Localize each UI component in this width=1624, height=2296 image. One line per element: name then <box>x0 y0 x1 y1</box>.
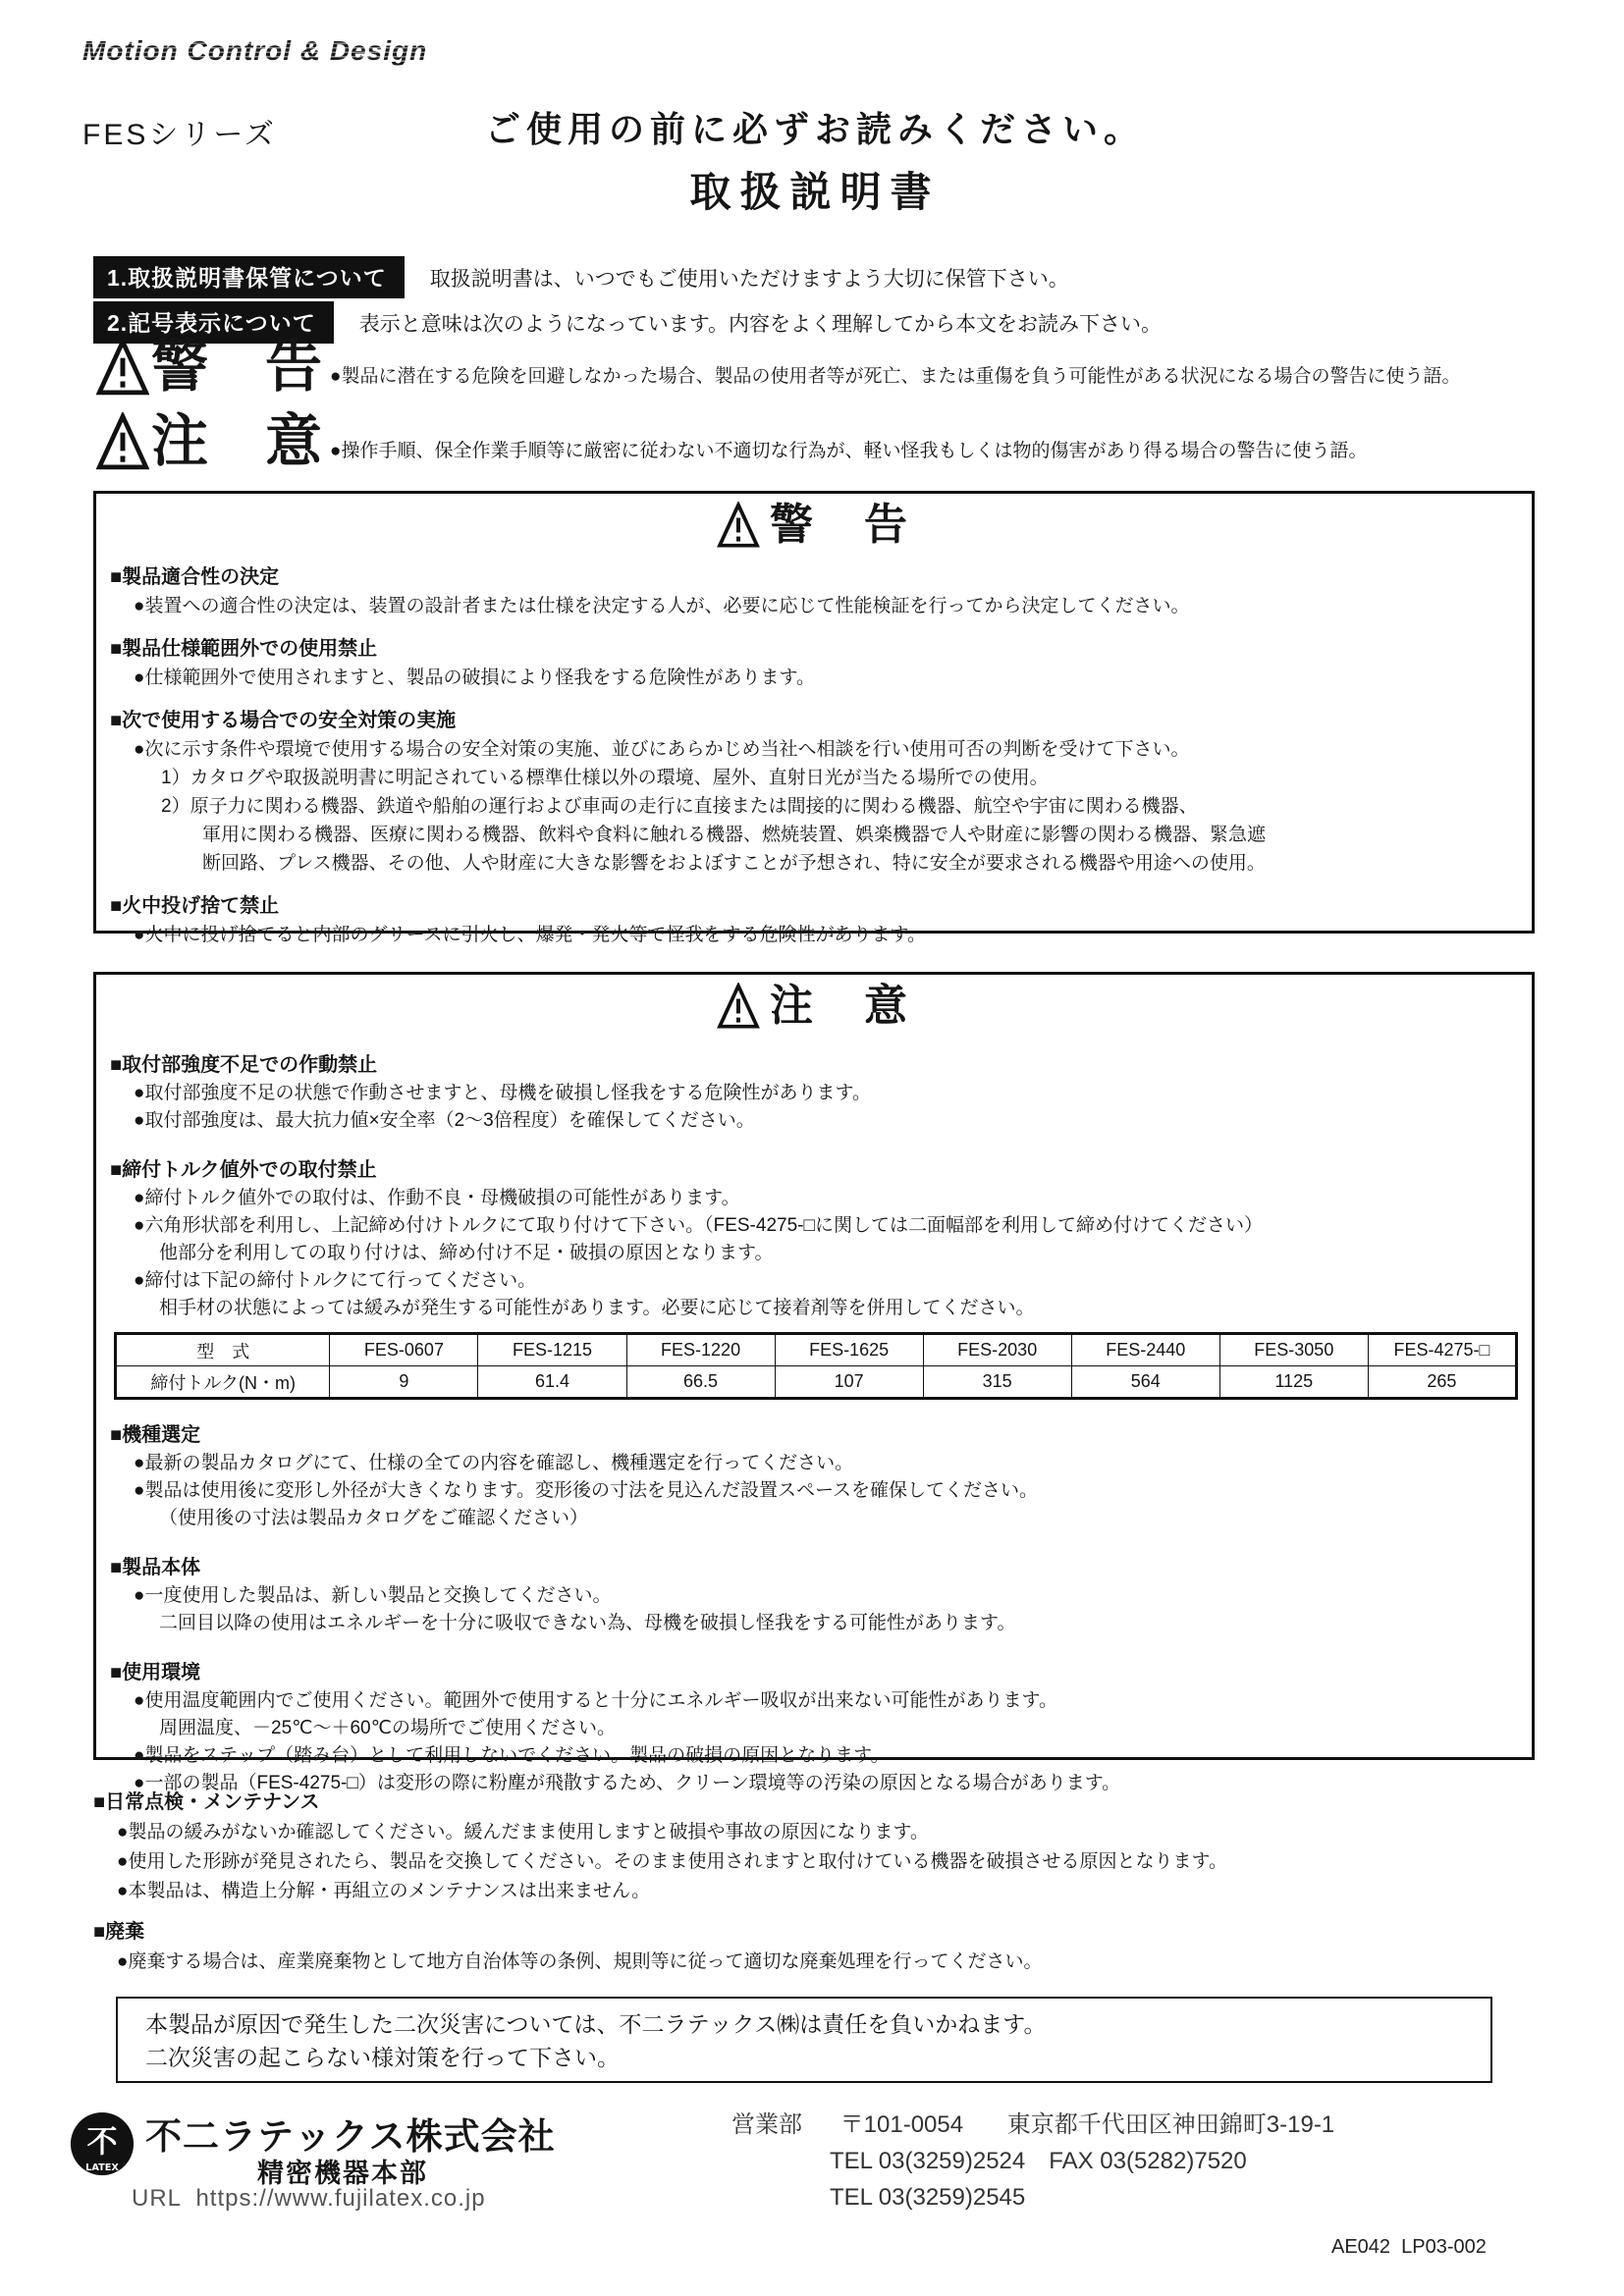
table-torque-cell: 107 <box>775 1366 923 1399</box>
section-line: ●締付は下記の締付トルクにて行ってください。 <box>110 1267 1518 1295</box>
warning-signal-word: 警 告 <box>151 339 322 396</box>
section-line: ●次に示す条件や環境で使用する場合の安全対策の実施、並びにあらかじめ当社へ相談を… <box>110 735 1518 764</box>
tel-line: TEL 03(3259)2545 <box>731 2179 1334 2216</box>
warning-section-no-fire: ■火中投げ捨て禁止 ●火中に投げ捨てると内部のグリースに引火し、爆発・発火等で怪… <box>110 892 1518 949</box>
section-line: ●使用した形跡が発見されたら、製品を交換してください。そのまま使用されますと取付… <box>93 1847 1227 1877</box>
caution-signal-desc: ●操作手順、保全作業手順等に厳密に従わない不適切な行為が、軽い怪我もしくは物的傷… <box>330 422 1367 462</box>
section-line: 周囲温度、－25℃～＋60℃の場所でご使用ください。 <box>110 1715 1518 1742</box>
section-line: ●本製品は、構造上分解・再組立のメンテナンスは出来ません。 <box>93 1877 1227 1906</box>
torque-table: 型 式 FES-0607 FES-1215 FES-1220 FES-1625 … <box>114 1332 1518 1400</box>
caution-triangle-icon <box>96 412 149 471</box>
storage-notice-row: 1.取扱説明書保管について 取扱説明書は、いつでもご使用いただけますよう大切に保… <box>93 256 1069 298</box>
section-line: 2）原子力に関わる機器、鉄道や船舶の運行および車両の走行に直接または間接的に関わ… <box>110 792 1518 821</box>
section-heading: ■取付部強度不足での作動禁止 <box>110 1051 1518 1080</box>
maintenance-section: ■日常点検・メンテナンス ●製品の緩みがないか確認してください。緩んだまま使用し… <box>93 1787 1227 1906</box>
section-line: ●締付トルク値外での取付は、作動不良・母機破損の可能性があります。 <box>110 1185 1518 1212</box>
warning-signal-desc: ●製品に潜在する危険を回避しなかった場合、製品の使用者等が死亡、または重傷を負う… <box>330 347 1460 388</box>
company-url[interactable]: URL https://www.fujilatex.co.jp <box>132 2185 486 2213</box>
disclaimer-line: 二次災害の起こらない様対策を行って下さい。 <box>145 2041 1490 2074</box>
warning-box-title-text: 警 告 <box>770 502 911 549</box>
disclaimer-box: 本製品が原因で発生した二次災害については、不二ラテックス㈱は責任を負いかねます。… <box>116 1997 1492 2083</box>
table-model-cell: FES-3050 <box>1219 1334 1368 1366</box>
table-row-label: 締付トルク(N・m) <box>116 1366 330 1399</box>
warning-section-compatibility: ■製品適合性の決定 ●装置への適合性の決定は、装置の設計者または仕様を決定する人… <box>110 563 1518 620</box>
section-line: ●取付部強度不足の状態で作動させますと、母機を破損し怪我をする危険性があります。 <box>110 1080 1518 1107</box>
section-line: ●仕様範囲外で使用されますと、製品の破損により怪我をする危険性があります。 <box>110 664 1518 692</box>
section-line: ●一度使用した製品は、新しい製品と交換してください。 <box>110 1582 1518 1610</box>
section-line: ●六角形状部を利用し、上記締め付けトルクにて取り付けて下さい。（FES-4275… <box>110 1212 1518 1240</box>
postal-code: 〒101-0054 <box>840 2111 963 2138</box>
table-model-cell: FES-0607 <box>330 1334 478 1366</box>
page-title: ご使用の前に必ずお読みください。 取扱説明書 <box>226 102 1404 219</box>
table-model-cell: FES-2440 <box>1071 1334 1219 1366</box>
tel-fax-line: TEL 03(3259)2524 FAX 03(5282)7520 <box>731 2143 1334 2179</box>
address-text: 東京都千代田区神田錦町3-19-1 <box>1007 2111 1334 2138</box>
caution-signal-row: 注 意 ●操作手順、保全作業手順等に厳密に従わない不適切な行為が、軽い怪我もしく… <box>96 412 1368 471</box>
table-torque-cell: 9 <box>330 1366 478 1399</box>
section-line: ●廃棄する場合は、産業廃棄物として地方自治体等の条例、規則等に従って適切な廃棄処… <box>93 1948 1042 1977</box>
warning-section-safety-measures: ■次で使用する場合での安全対策の実施 ●次に示す条件や環境で使用する場合の安全対… <box>110 707 1518 878</box>
contact-block: 営業部 〒101-0054 東京都千代田区神田錦町3-19-1 TEL 03(3… <box>731 2107 1334 2216</box>
table-model-cell: FES-1220 <box>626 1334 775 1366</box>
table-model-cell: FES-1215 <box>478 1334 626 1366</box>
section-line: ●使用温度範囲内でご使用ください。範囲外で使用すると十分にエネルギー吸収が出来な… <box>110 1687 1518 1715</box>
table-torque-cell: 66.5 <box>626 1366 775 1399</box>
storage-notice-text: 取扱説明書は、いつでもご使用いただけますよう大切に保管下さい。 <box>430 263 1069 293</box>
section-line: 軍用に関わる機器、医療に関わる機器、飲料や食料に触れる機器、燃焼装置、娯楽機器で… <box>110 821 1518 849</box>
caution-section-model-selection: ■機種選定 ●最新の製品カタログにて、仕様の全ての内容を確認し、機種選定を行って… <box>110 1421 1518 1532</box>
svg-text:不: 不 <box>86 2125 117 2161</box>
fujilatex-logo-icon: 不 LATEX <box>69 2110 135 2177</box>
section-line: ●製品をステップ（踏み台）として利用しないでください。製品の破損の原因となります… <box>110 1742 1518 1770</box>
table-model-cell: FES-4275-□ <box>1368 1334 1516 1366</box>
disposal-section: ■廃棄 ●廃棄する場合は、産業廃棄物として地方自治体等の条例、規則等に従って適切… <box>93 1916 1042 1977</box>
section-heading: ■製品仕様範囲外での使用禁止 <box>110 635 1518 664</box>
caution-section-product-body: ■製品本体 ●一度使用した製品は、新しい製品と交換してください。 二回目以降の使… <box>110 1554 1518 1637</box>
caution-section-environment: ■使用環境 ●使用温度範囲内でご使用ください。範囲外で使用すると十分にエネルギー… <box>110 1659 1518 1797</box>
section-heading: ■締付トルク値外での取付禁止 <box>110 1156 1518 1185</box>
caution-triangle-icon <box>717 983 760 1030</box>
warning-triangle-icon <box>96 338 149 397</box>
table-header-cell: 型 式 <box>116 1334 330 1366</box>
warning-triangle-icon <box>717 502 760 549</box>
section-heading: ■火中投げ捨て禁止 <box>110 892 1518 921</box>
caution-section-mount-strength: ■取付部強度不足での作動禁止 ●取付部強度不足の状態で作動させますと、母機を破損… <box>110 1051 1518 1135</box>
page-title-line2: 取扱説明書 <box>226 160 1404 219</box>
table-model-cell: FES-2030 <box>923 1334 1071 1366</box>
caution-box-title: 注 意 <box>110 983 1518 1030</box>
caution-box-title-text: 注 意 <box>770 983 911 1030</box>
caution-section-torque: ■締付トルク値外での取付禁止 ●締付トルク値外での取付は、作動不良・母機破損の可… <box>110 1156 1518 1322</box>
table-torque-cell: 61.4 <box>478 1366 626 1399</box>
section-heading: ■製品適合性の決定 <box>110 563 1518 592</box>
document-code: AE042 LP03-002 <box>1331 2236 1487 2259</box>
section-line: ●最新の製品カタログにて、仕様の全ての内容を確認し、機種選定を行ってください。 <box>110 1450 1518 1477</box>
section-heading: ■日常点検・メンテナンス <box>93 1787 1227 1818</box>
section-line: ●製品の緩みがないか確認してください。緩んだまま使用しますと破損や事故の原因にな… <box>93 1818 1227 1847</box>
warning-section-out-of-spec: ■製品仕様範囲外での使用禁止 ●仕様範囲外で使用されますと、製品の破損により怪我… <box>110 635 1518 692</box>
warning-signal-row: 警 告 ●製品に潜在する危険を回避しなかった場合、製品の使用者等が死亡、または重… <box>96 338 1461 397</box>
table-torque-cell: 265 <box>1368 1366 1516 1399</box>
section-line: ●製品は使用後に変形し外径が大きくなります。変形後の寸法を見込んだ設置スペースを… <box>110 1477 1518 1505</box>
torque-table-model-row: 型 式 FES-0607 FES-1215 FES-1220 FES-1625 … <box>116 1334 1517 1366</box>
table-torque-cell: 564 <box>1071 1366 1219 1399</box>
manual-page: Motion Control & Design FESシリーズ ご使用の前に必ず… <box>0 0 1624 2296</box>
section-heading: ■使用環境 <box>110 1659 1518 1687</box>
storage-notice-label: 1.取扱説明書保管について <box>93 256 405 298</box>
section-line: ●取付部強度は、最大抗力値×安全率（2～3倍程度）を確保してください。 <box>110 1107 1518 1135</box>
section-line: 断回路、プレス機器、その他、人や財産に大きな影響をおよぼすことが予想され、特に安… <box>110 849 1518 878</box>
svg-text:LATEX: LATEX <box>85 2163 119 2173</box>
caution-signal-word: 注 意 <box>151 413 322 470</box>
warning-box-title: 警 告 <box>110 502 1518 549</box>
brand-logo: Motion Control & Design <box>82 35 427 67</box>
section-heading: ■機種選定 <box>110 1421 1518 1450</box>
caution-box: 注 意 ■取付部強度不足での作動禁止 ●取付部強度不足の状態で作動させますと、母… <box>93 972 1535 1760</box>
section-line: 他部分を利用しての取り付けは、締め付け不足・破損の原因となります。 <box>110 1240 1518 1267</box>
section-line: ●装置への適合性の決定は、装置の設計者または仕様を決定する人が、必要に応じて性能… <box>110 592 1518 620</box>
section-line: ●火中に投げ捨てると内部のグリースに引火し、爆発・発火等で怪我をする危険性があり… <box>110 921 1518 949</box>
sales-dept-label: 営業部 <box>731 2111 802 2138</box>
torque-table-value-row: 締付トルク(N・m) 9 61.4 66.5 107 315 564 1125 … <box>116 1366 1517 1399</box>
section-line: 1）カタログや取扱説明書に明記されている標準仕様以外の環境、屋外、直射日光が当た… <box>110 764 1518 792</box>
section-line: 二回目以降の使用はエネルギーを十分に吸収できない為、母機を破損し怪我をする可能性… <box>110 1610 1518 1637</box>
section-heading: ■次で使用する場合での安全対策の実施 <box>110 707 1518 735</box>
warning-box: 警 告 ■製品適合性の決定 ●装置への適合性の決定は、装置の設計者または仕様を決… <box>93 491 1535 934</box>
section-heading: ■製品本体 <box>110 1554 1518 1582</box>
table-torque-cell: 1125 <box>1219 1366 1368 1399</box>
sales-address-line: 営業部 〒101-0054 東京都千代田区神田錦町3-19-1 <box>731 2107 1334 2143</box>
page-title-line1: ご使用の前に必ずお読みください。 <box>226 102 1404 152</box>
table-model-cell: FES-1625 <box>775 1334 923 1366</box>
section-line: （使用後の寸法は製品カタログをご確認ください） <box>110 1505 1518 1532</box>
table-torque-cell: 315 <box>923 1366 1071 1399</box>
section-line: 相手材の状態によっては緩みが発生する可能性があります。必要に応じて接着剤等を併用… <box>110 1295 1518 1322</box>
symbol-notice-text: 表示と意味は次のようになっています。内容をよく理解してから本文をお読み下さい。 <box>359 308 1162 338</box>
disclaimer-line: 本製品が原因で発生した二次災害については、不二ラテックス㈱は責任を負いかねます。 <box>145 2007 1490 2041</box>
section-heading: ■廃棄 <box>93 1916 1042 1948</box>
